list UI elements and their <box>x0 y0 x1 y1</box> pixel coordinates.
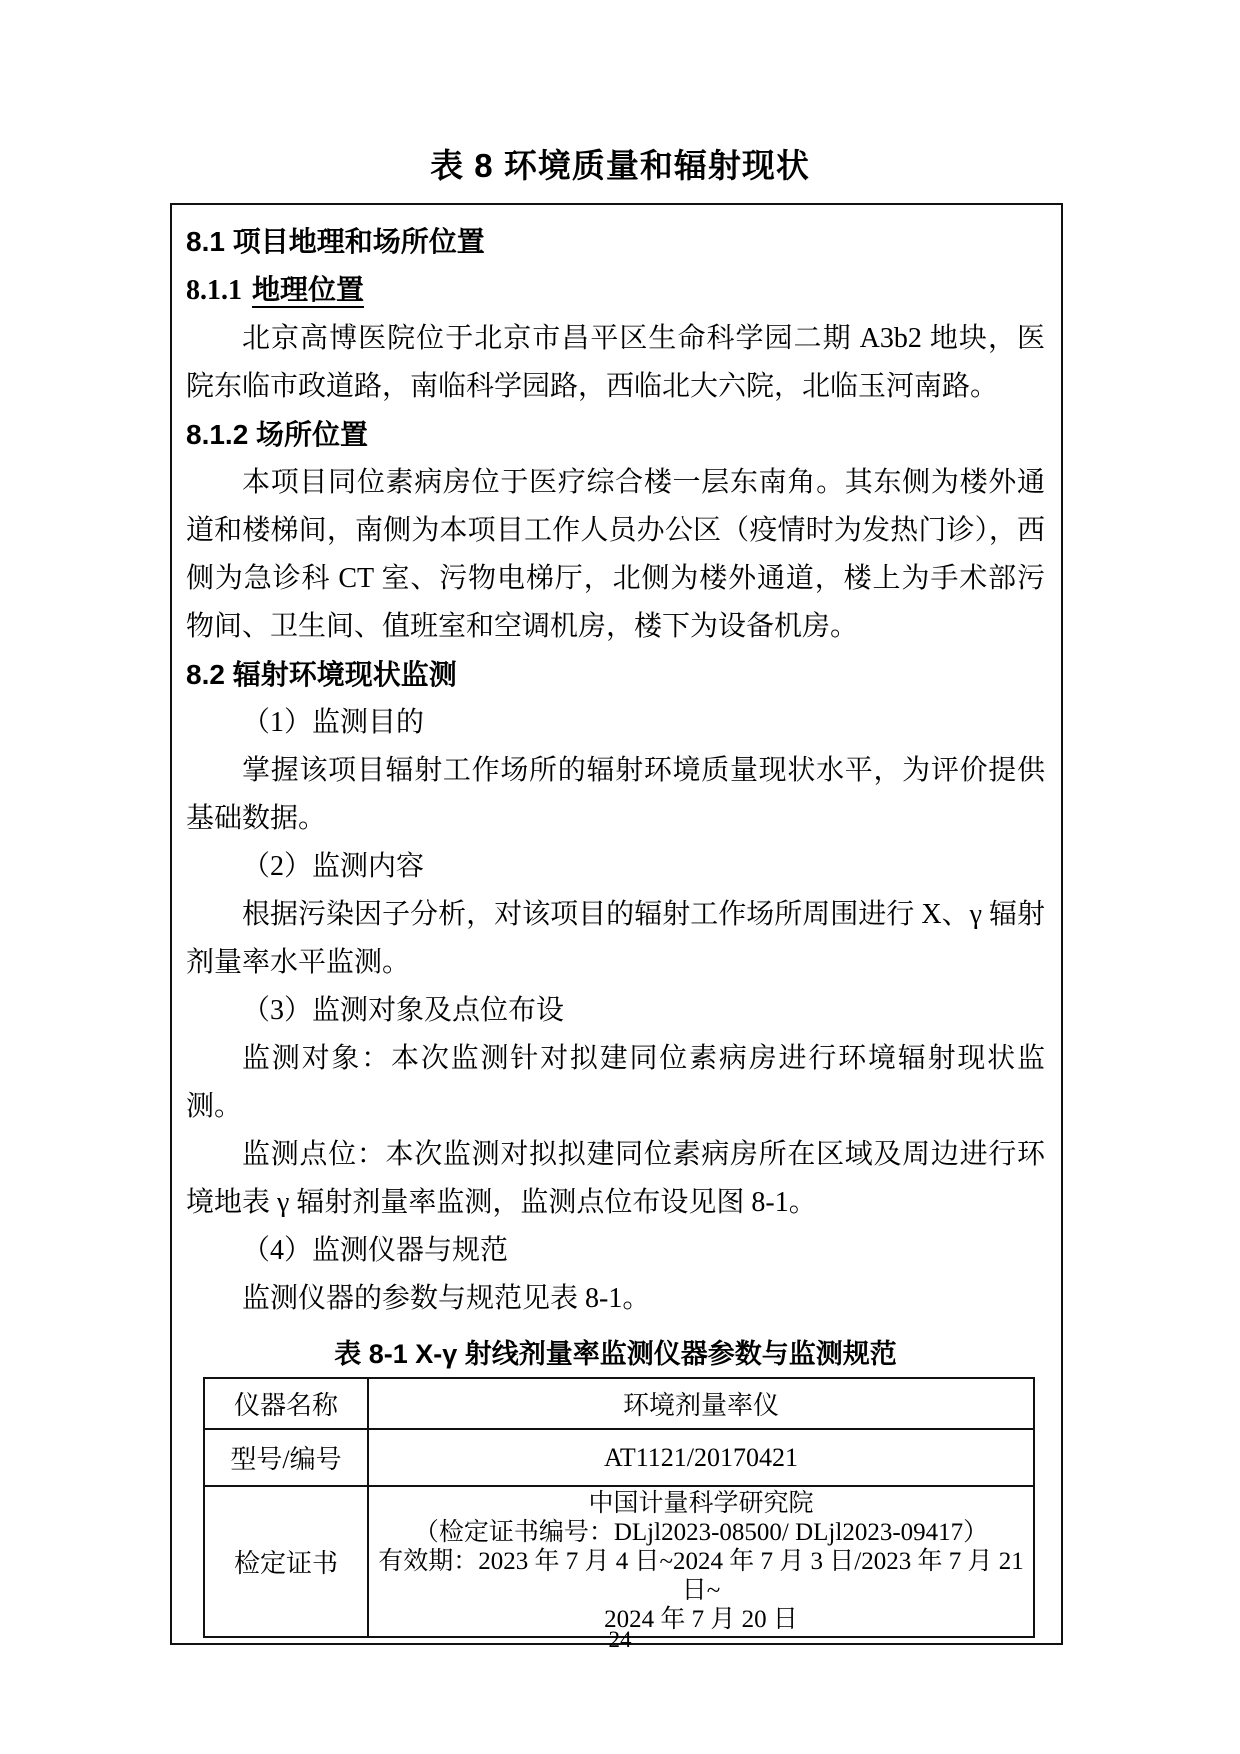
item-1-monitoring-purpose-label: （1）监测目的 <box>186 699 1045 747</box>
table-row-certificate: 检定证书 中国计量科学研究院 （检定证书编号：DLjl2023-08500/ D… <box>204 1486 1034 1637</box>
heading-8-1-2: 8.1.2 场所位置 <box>186 411 1045 459</box>
item-3-monitoring-object-text: 监测对象：本次监测针对拟建同位素病房进行环境辐射现状监测。 <box>186 1035 1045 1131</box>
table-row-instrument-name: 仪器名称 环境剂量率仪 <box>204 1378 1034 1429</box>
model-number-value: AT1121/20170421 <box>368 1429 1034 1486</box>
heading-8-1-1: 8.1.1地理位置 <box>186 266 1045 315</box>
table-8-1-caption: 表 8-1 X-γ 射线剂量率监测仪器参数与监测规范 <box>186 1337 1045 1371</box>
instrument-name-value: 环境剂量率仪 <box>368 1378 1034 1429</box>
content-box: 8.1 项目地理和场所位置 8.1.1地理位置 北京高博医院位于北京市昌平区生命… <box>170 203 1063 1645</box>
certificate-line-1: 中国计量科学研究院 <box>375 1489 1027 1518</box>
model-number-label: 型号/编号 <box>204 1429 368 1486</box>
heading-8-1: 8.1 项目地理和场所位置 <box>186 218 1045 266</box>
item-4-instruments-label: （4）监测仪器与规范 <box>186 1227 1045 1275</box>
page-number: 24 <box>0 1624 1240 1656</box>
certificate-line-2: （检定证书编号：DLjl2023-08500/ DLjl2023-09417） <box>375 1518 1027 1547</box>
item-2-monitoring-content-label: （2）监测内容 <box>186 843 1045 891</box>
paragraph-site-location: 本项目同位素病房位于医疗综合楼一层东南角。其东侧为楼外通道和楼梯间，南侧为本项目… <box>186 459 1045 651</box>
item-1-monitoring-purpose-text: 掌握该项目辐射工作场所的辐射环境质量现状水平，为评价提供基础数据。 <box>186 747 1045 843</box>
heading-8-1-1-number: 8.1.1 <box>186 275 242 306</box>
item-2-monitoring-content-text: 根据污染因子分析，对该项目的辐射工作场所周围进行 X、γ 辐射剂量率水平监测。 <box>186 891 1045 987</box>
item-3-monitoring-objects-label: （3）监测对象及点位布设 <box>186 987 1045 1035</box>
instrument-name-label: 仪器名称 <box>204 1378 368 1429</box>
certificate-label: 检定证书 <box>204 1486 368 1637</box>
item-3-monitoring-points-text: 监测点位：本次监测对拟拟建同位素病房所在区域及周边进行环境地表 γ 辐射剂量率监… <box>186 1131 1045 1227</box>
instrument-table: 仪器名称 环境剂量率仪 型号/编号 AT1121/20170421 检定证书 中… <box>203 1377 1035 1638</box>
item-4-instruments-text: 监测仪器的参数与规范见表 8-1。 <box>186 1275 1045 1323</box>
page-title: 表 8 环境质量和辐射现状 <box>0 140 1240 187</box>
paragraph-geographic-location: 北京高博医院位于北京市昌平区生命科学园二期 A3b2 地块，医院东临市政道路，南… <box>186 315 1045 411</box>
heading-8-1-1-text: 地理位置 <box>252 274 364 308</box>
document-page: 表 8 环境质量和辐射现状 8.1 项目地理和场所位置 8.1.1地理位置 北京… <box>0 0 1240 1754</box>
table-row-model-number: 型号/编号 AT1121/20170421 <box>204 1429 1034 1486</box>
certificate-line-3: 有效期：2023 年 7 月 4 日~2024 年 7 月 3 日/2023 年… <box>375 1547 1027 1605</box>
certificate-value: 中国计量科学研究院 （检定证书编号：DLjl2023-08500/ DLjl20… <box>368 1486 1034 1637</box>
heading-8-2: 8.2 辐射环境现状监测 <box>186 651 1045 699</box>
